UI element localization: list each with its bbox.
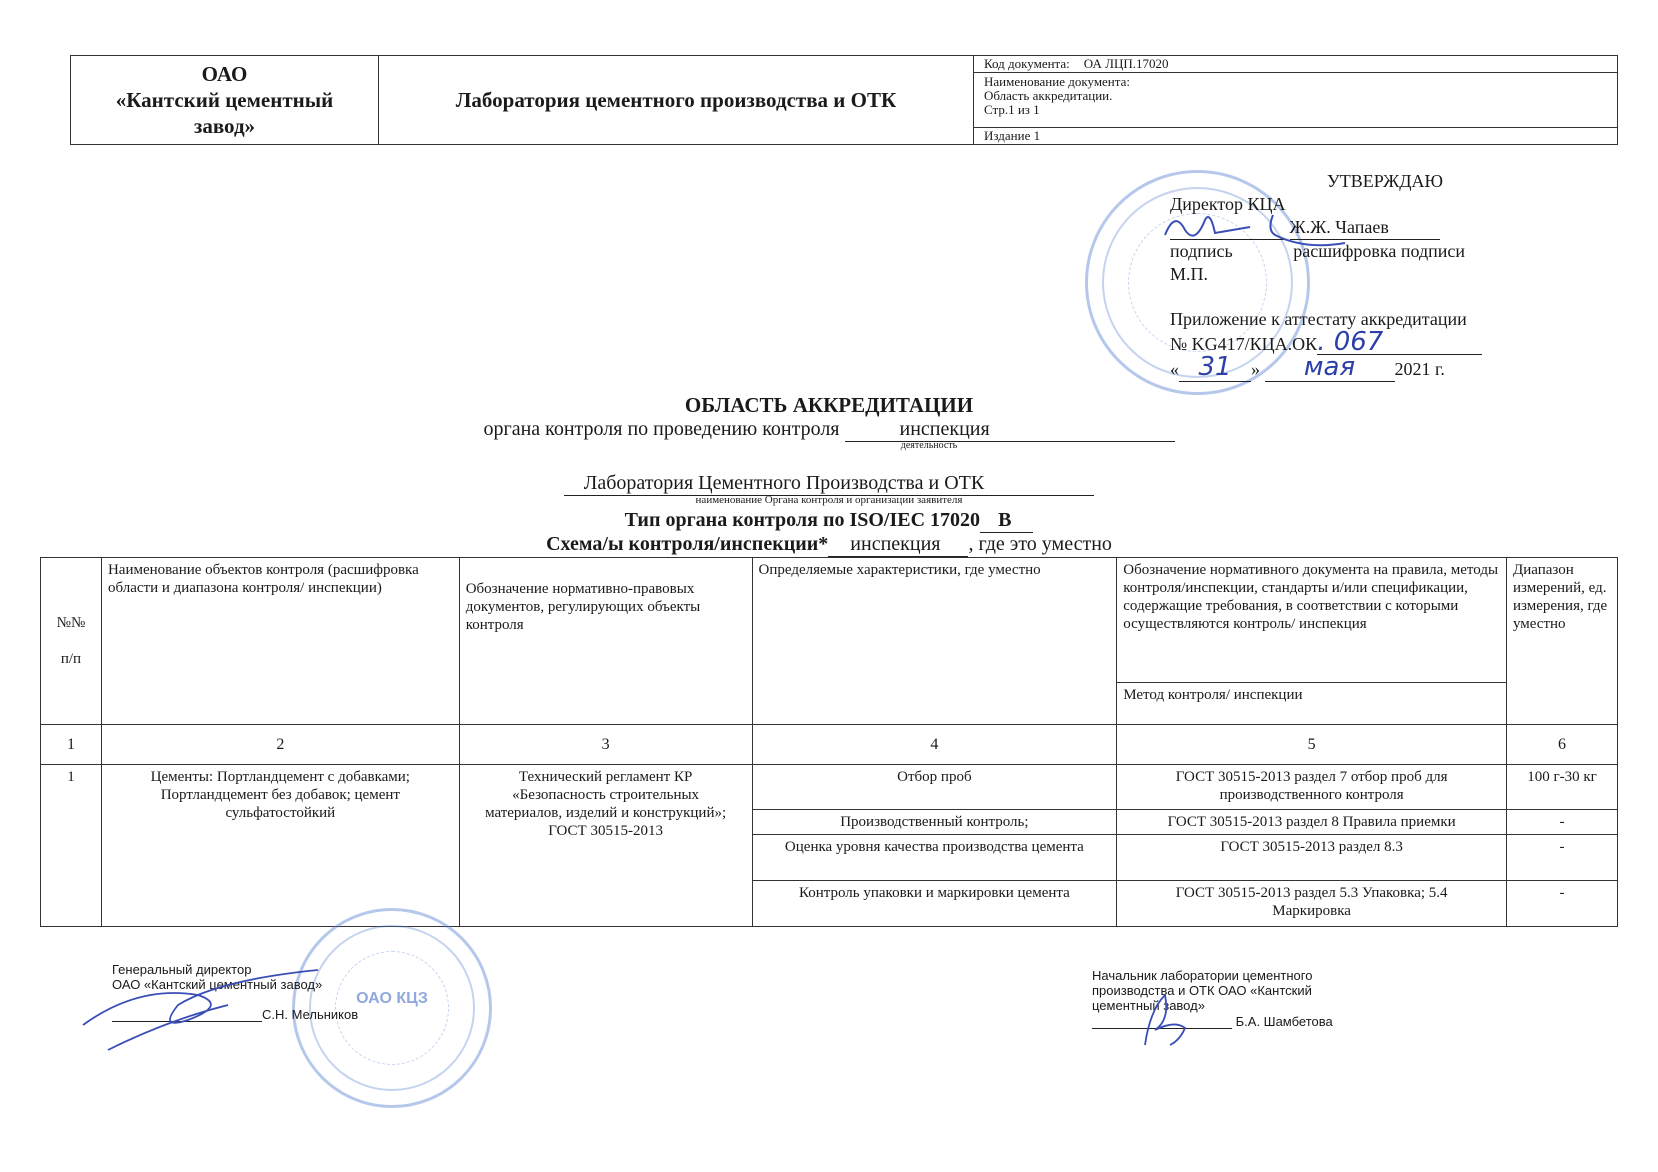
right-position-2: производства и ОТК ОАО «Кантский	[1092, 983, 1392, 998]
row-regulation: Технический регламент КР «Безопасность с…	[459, 765, 752, 927]
document-header: ОАО «Кантский цементный завод» Лаборатор…	[70, 55, 1618, 145]
row-characteristic: Контроль упаковки и маркировки цемента	[752, 881, 1117, 927]
right-signature-line: Б.А. Шамбетова	[1092, 1013, 1392, 1029]
doc-code-value: ОА ЛЦП.17020	[1084, 56, 1169, 71]
activity-value: инспекция	[900, 418, 990, 440]
approval-title: УТВЕРЖДАЮ	[1170, 170, 1560, 193]
header-range: Диапазон измерений, ед. измерения, где у…	[1506, 558, 1617, 725]
activity-prefix: органа контроля по проведению контроля	[483, 418, 839, 440]
row-range: 100 г-30 кг	[1506, 765, 1617, 810]
header-characteristics: Определяемые характеристики, где уместно	[752, 558, 1117, 725]
body-name-caption: наименование Органа контроля и организац…	[0, 494, 1658, 506]
table-header-row: №№ п/п Наименование объектов контроля (р…	[41, 558, 1618, 683]
body-type-line: Тип органа контроля по ISO/IEC 17020В	[0, 509, 1658, 533]
edition: Издание 1	[974, 128, 1617, 144]
lab-head-signature-block: Начальник лаборатории цементного произво…	[1092, 968, 1392, 1029]
approval-date: «31» мая2021 г.	[1170, 356, 1560, 382]
row-number: 1	[41, 765, 102, 927]
scheme-line: Схема/ы контроля/инспекции*инспекция, гд…	[0, 533, 1658, 557]
scheme-prefix: Схема/ы контроля/инспекции*	[546, 533, 828, 555]
row-range: -	[1506, 881, 1617, 927]
row-method: ГОСТ 30515-2013 раздел 5.3 Упаковка; 5.4…	[1117, 881, 1507, 927]
header-method: Метод контроля/ инспекции	[1117, 683, 1507, 725]
left-signature-line: С.Н. Мельников	[112, 1006, 358, 1022]
org-line-1: ОАО	[116, 61, 334, 87]
signature-caption: подпись	[1170, 241, 1233, 261]
row-method: ГОСТ 30515-2013 раздел 8.3	[1117, 835, 1507, 881]
stamp-text: ОАО КЦЗ	[352, 990, 432, 1008]
header-normative-docs: Обозначение нормативного документа на пр…	[1117, 558, 1507, 683]
header-objects: Наименование объектов контроля (расшифро…	[101, 558, 459, 725]
doc-name-label: Наименование документа:	[984, 75, 1607, 89]
left-position-2: ОАО «Кантский цементный завод»	[112, 977, 358, 992]
page-indicator: Стр.1 из 1	[984, 103, 1607, 117]
doc-name-row: Наименование документа: Область аккредит…	[974, 73, 1617, 128]
body-name: Лаборатория Цементного Производства и ОТ…	[584, 472, 984, 494]
approval-block: УТВЕРЖДАЮ Директор КЦА Ж.Ж. Чапаев подпи…	[1170, 170, 1560, 382]
doc-code-row: Код документа:ОА ЛЦП.17020	[974, 56, 1617, 73]
doc-code-label: Код документа:	[984, 56, 1070, 71]
date-day: 31	[1198, 352, 1231, 382]
right-name: Б.А. Шамбетова	[1236, 1014, 1333, 1029]
table-row: 1 Цементы: Портландцемент с добавками; П…	[41, 765, 1618, 810]
column-number: 1	[41, 725, 102, 765]
document-title: ОБЛАСТЬ АККРЕДИТАЦИИ	[0, 393, 1658, 418]
accreditation-table: №№ п/п Наименование объектов контроля (р…	[40, 557, 1618, 927]
header-regulations: Обозначение нормативно-правовых документ…	[459, 558, 752, 725]
header-number: №№ п/п	[41, 558, 102, 725]
document-meta: Код документа:ОА ЛЦП.17020 Наименование …	[974, 56, 1617, 144]
column-number: 3	[459, 725, 752, 765]
column-number: 2	[101, 725, 459, 765]
column-number: 6	[1506, 725, 1617, 765]
row-characteristic: Оценка уровня качества производства цеме…	[752, 835, 1117, 881]
column-number: 4	[752, 725, 1117, 765]
right-position-1: Начальник лаборатории цементного	[1092, 968, 1392, 983]
activity-line: органа контроля по проведению контроля и…	[0, 418, 1658, 442]
right-position-3: цементный завод»	[1092, 998, 1392, 1013]
scheme-suffix: , где это уместно	[968, 533, 1111, 555]
signature-captions: подпись расшифровка подписи	[1170, 240, 1560, 263]
laboratory-name: Лаборатория цементного производства и ОТ…	[379, 56, 974, 144]
approver-position: Директор КЦА	[1170, 193, 1560, 216]
date-month: мая	[1304, 352, 1355, 382]
seal-label: М.П.	[1170, 263, 1560, 286]
row-method: ГОСТ 30515-2013 раздел 7 отбор проб для …	[1117, 765, 1507, 810]
row-characteristic: Отбор проб	[752, 765, 1117, 810]
header-number-label: №№	[47, 614, 95, 632]
column-number: 5	[1117, 725, 1507, 765]
header-number-sublabel: п/п	[47, 650, 95, 668]
body-type-prefix: Тип органа контроля по ISO/IEC 17020	[625, 509, 980, 531]
activity-caption: деятельность	[0, 440, 1658, 451]
approver-signature-line: Ж.Ж. Чапаев	[1170, 216, 1560, 240]
cert-prefix: № KG417/КЦА.ОК	[1170, 334, 1317, 354]
row-object: Цементы: Портландцемент с добавками; Пор…	[101, 765, 459, 927]
left-position-1: Генеральный директор	[112, 962, 358, 977]
approver-name: Ж.Ж. Чапаев	[1290, 217, 1389, 237]
body-name-line: Лаборатория Цементного Производства и ОТ…	[0, 472, 1658, 496]
column-numbers-row: 1 2 3 4 5 6	[41, 725, 1618, 765]
org-line-2: «Кантский цементный	[116, 87, 334, 113]
scheme-value: инспекция	[850, 533, 940, 555]
doc-name-value: Область аккредитации.	[984, 89, 1607, 103]
row-range: -	[1506, 835, 1617, 881]
row-characteristic: Производственный контроль;	[752, 810, 1117, 835]
row-range: -	[1506, 810, 1617, 835]
body-type-value: В	[998, 509, 1011, 531]
decode-caption: расшифровка подписи	[1293, 241, 1465, 261]
date-year: 2021 г.	[1395, 359, 1445, 379]
row-method: ГОСТ 30515-2013 раздел 8 Правила приемки	[1117, 810, 1507, 835]
organization-name: ОАО «Кантский цементный завод»	[71, 56, 379, 144]
director-signature-block: Генеральный директор ОАО «Кантский цемен…	[112, 962, 358, 1022]
org-line-3: завод»	[116, 113, 334, 139]
left-name: С.Н. Мельников	[262, 1007, 358, 1022]
